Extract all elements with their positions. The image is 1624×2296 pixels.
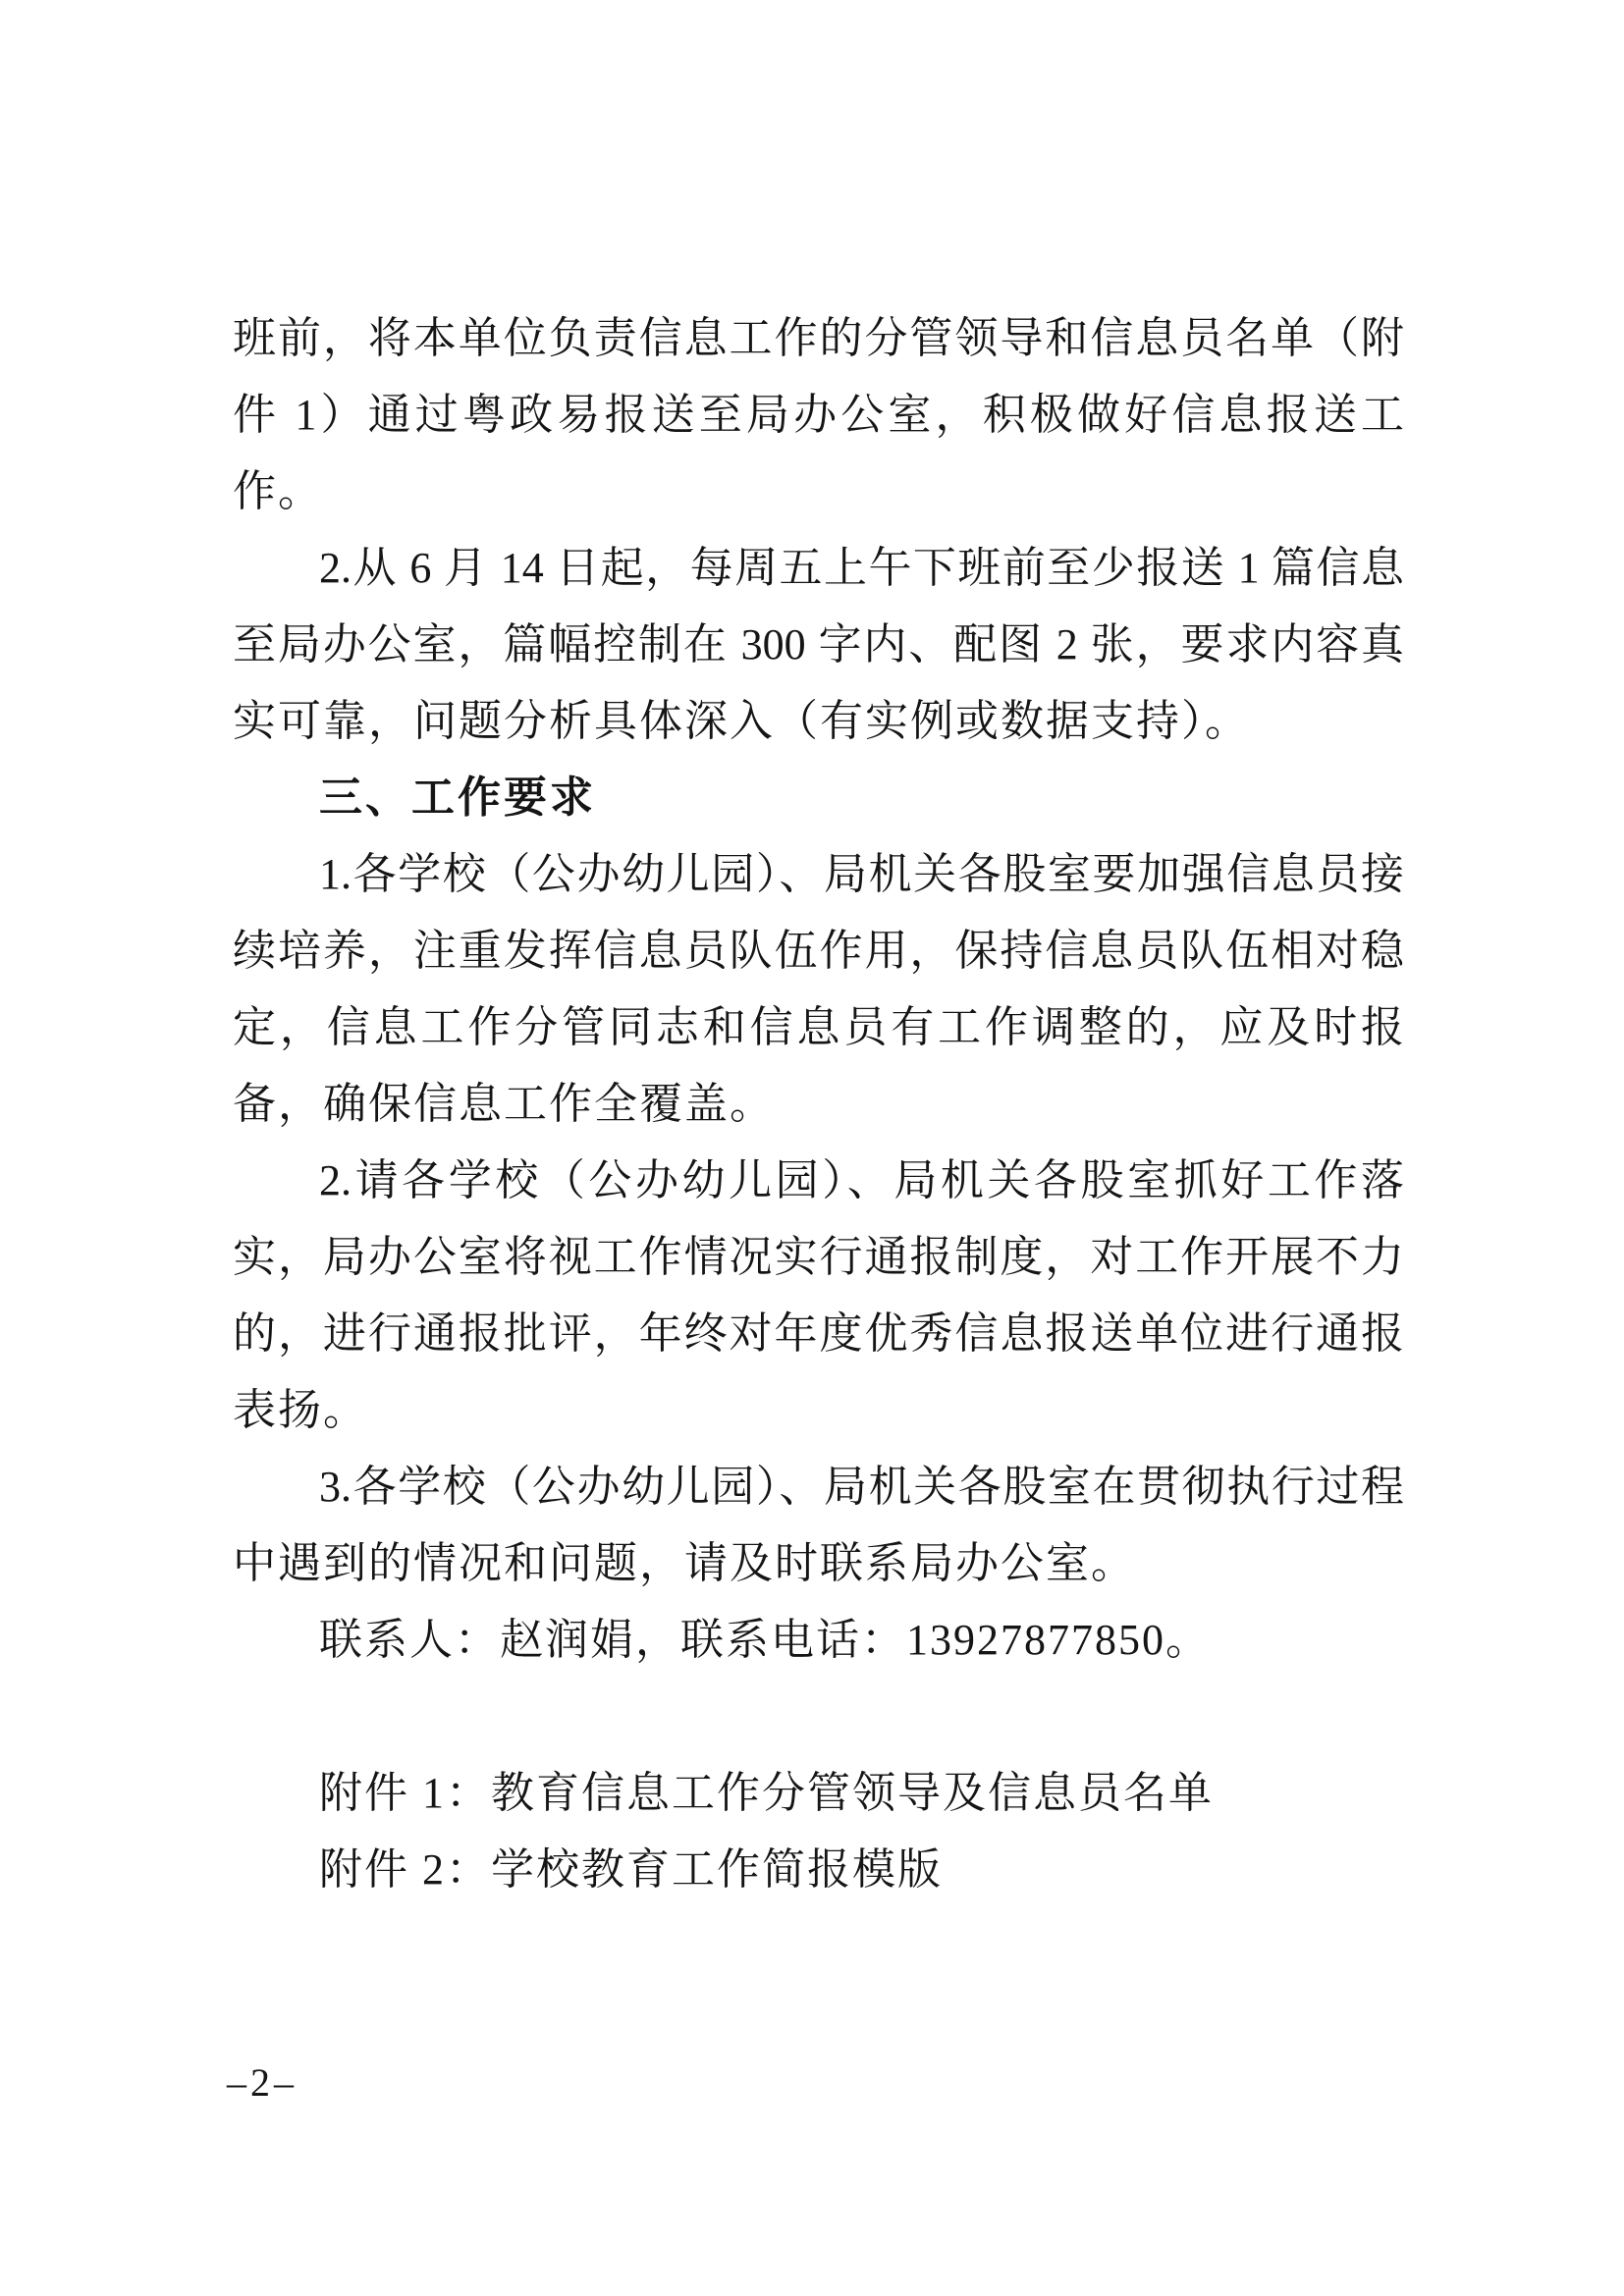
document-line: 定，信息工作分管同志和信息员有工作调整的，应及时报 bbox=[233, 989, 1404, 1066]
blank-line bbox=[233, 1679, 1404, 1755]
document-line: 3.各学校（公办幼儿园）、局机关各股室在贯彻执行过程 bbox=[233, 1449, 1404, 1525]
document-line: 中遇到的情况和问题，请及时联系局办公室。 bbox=[233, 1525, 1404, 1602]
document-line: 备，确保信息工作全覆盖。 bbox=[233, 1066, 1404, 1143]
document-line: 实可靠，问题分析具体深入（有实例或数据支持）。 bbox=[233, 683, 1404, 760]
document-line: 2.请各学校（公办幼儿园）、局机关各股室抓好工作落 bbox=[233, 1143, 1404, 1219]
document-line: 1.各学校（公办幼儿园）、局机关各股室要加强信息员接 bbox=[233, 836, 1404, 913]
document-line: 作。 bbox=[233, 454, 1404, 530]
page-number: –2– bbox=[227, 2059, 298, 2107]
attachment-2-line: 附件 2：学校教育工作简报模版 bbox=[233, 1832, 1404, 1908]
document-line: 2.从 6 月 14 日起，每周五上午下班前至少报送 1 篇信息 bbox=[233, 530, 1404, 607]
document-line: 续培养，注重发挥信息员队伍作用，保持信息员队伍相对稳 bbox=[233, 913, 1404, 989]
document-page: 班前，将本单位负责信息工作的分管领导和信息员名单（附 件 1）通过粤政易报送至局… bbox=[0, 0, 1624, 2296]
document-line: 表扬。 bbox=[233, 1372, 1404, 1449]
section-heading: 三、工作要求 bbox=[233, 760, 1404, 836]
document-line: 至局办公室，篇幅控制在 300 字内、配图 2 张，要求内容真 bbox=[233, 607, 1404, 683]
attachment-1-line: 附件 1：教育信息工作分管领导及信息员名单 bbox=[233, 1755, 1404, 1832]
document-line: 班前，将本单位负责信息工作的分管领导和信息员名单（附 bbox=[233, 300, 1404, 377]
document-line: 的，进行通报批评，年终对年度优秀信息报送单位进行通报 bbox=[233, 1296, 1404, 1372]
document-line: 实，局办公室将视工作情况实行通报制度，对工作开展不力 bbox=[233, 1219, 1404, 1296]
contact-line: 联系人：赵润娟，联系电话：13927877850。 bbox=[233, 1602, 1404, 1679]
document-body: 班前，将本单位负责信息工作的分管领导和信息员名单（附 件 1）通过粤政易报送至局… bbox=[233, 300, 1404, 1908]
document-line: 件 1）通过粤政易报送至局办公室，积极做好信息报送工 bbox=[233, 377, 1404, 454]
